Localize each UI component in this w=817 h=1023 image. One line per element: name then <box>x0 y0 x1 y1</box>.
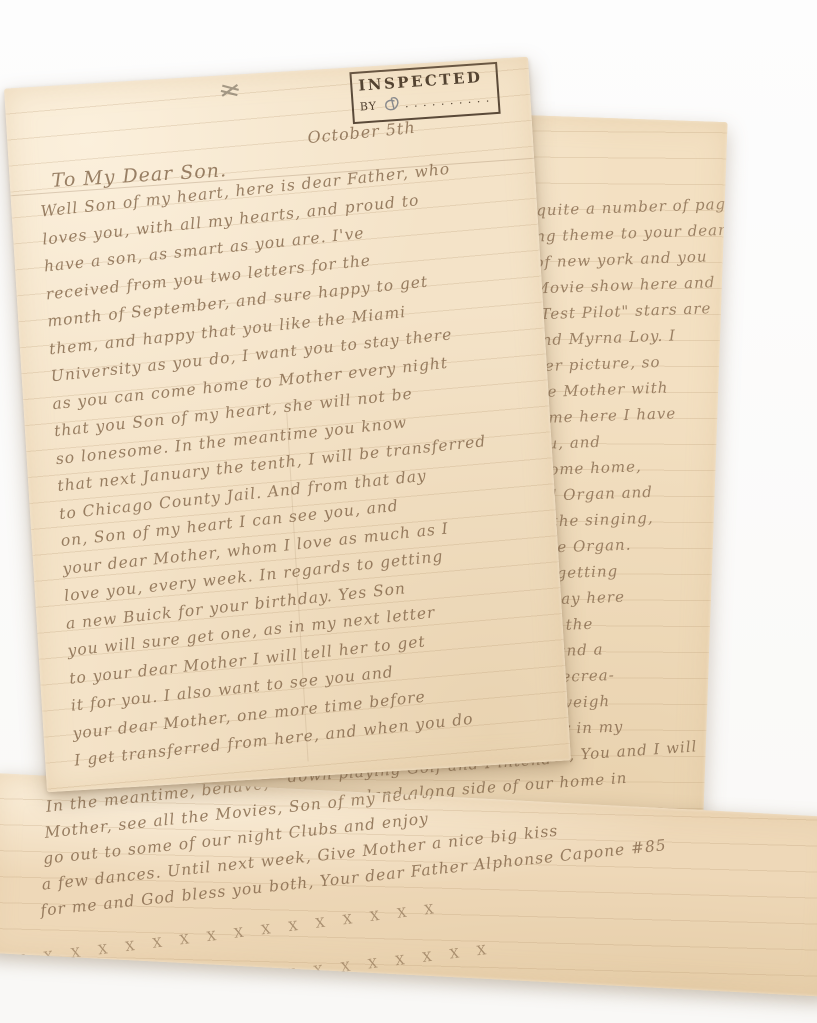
letter-photo: quite a number of pages ng theme to your… <box>0 0 817 1023</box>
letter-date: October 5th <box>307 118 417 147</box>
inspected-stamp: INSPECTED BY . . . . . . . . . . <box>349 62 500 124</box>
page1-lines: Well Son of my heart, here is dear Fathe… <box>41 164 571 779</box>
kiss-marks-row: X X X X X X X X <box>286 942 494 982</box>
stamp-dotted-line: . . . . . . . . . . <box>404 91 490 110</box>
pencil-mark: ≠ <box>215 73 245 109</box>
stamp-by-label: BY <box>359 99 377 113</box>
inspector-initial-scribble-icon <box>379 95 402 117</box>
letter-page-1: ≠ INSPECTED BY . . . . . . . . . . Octob… <box>4 57 571 793</box>
